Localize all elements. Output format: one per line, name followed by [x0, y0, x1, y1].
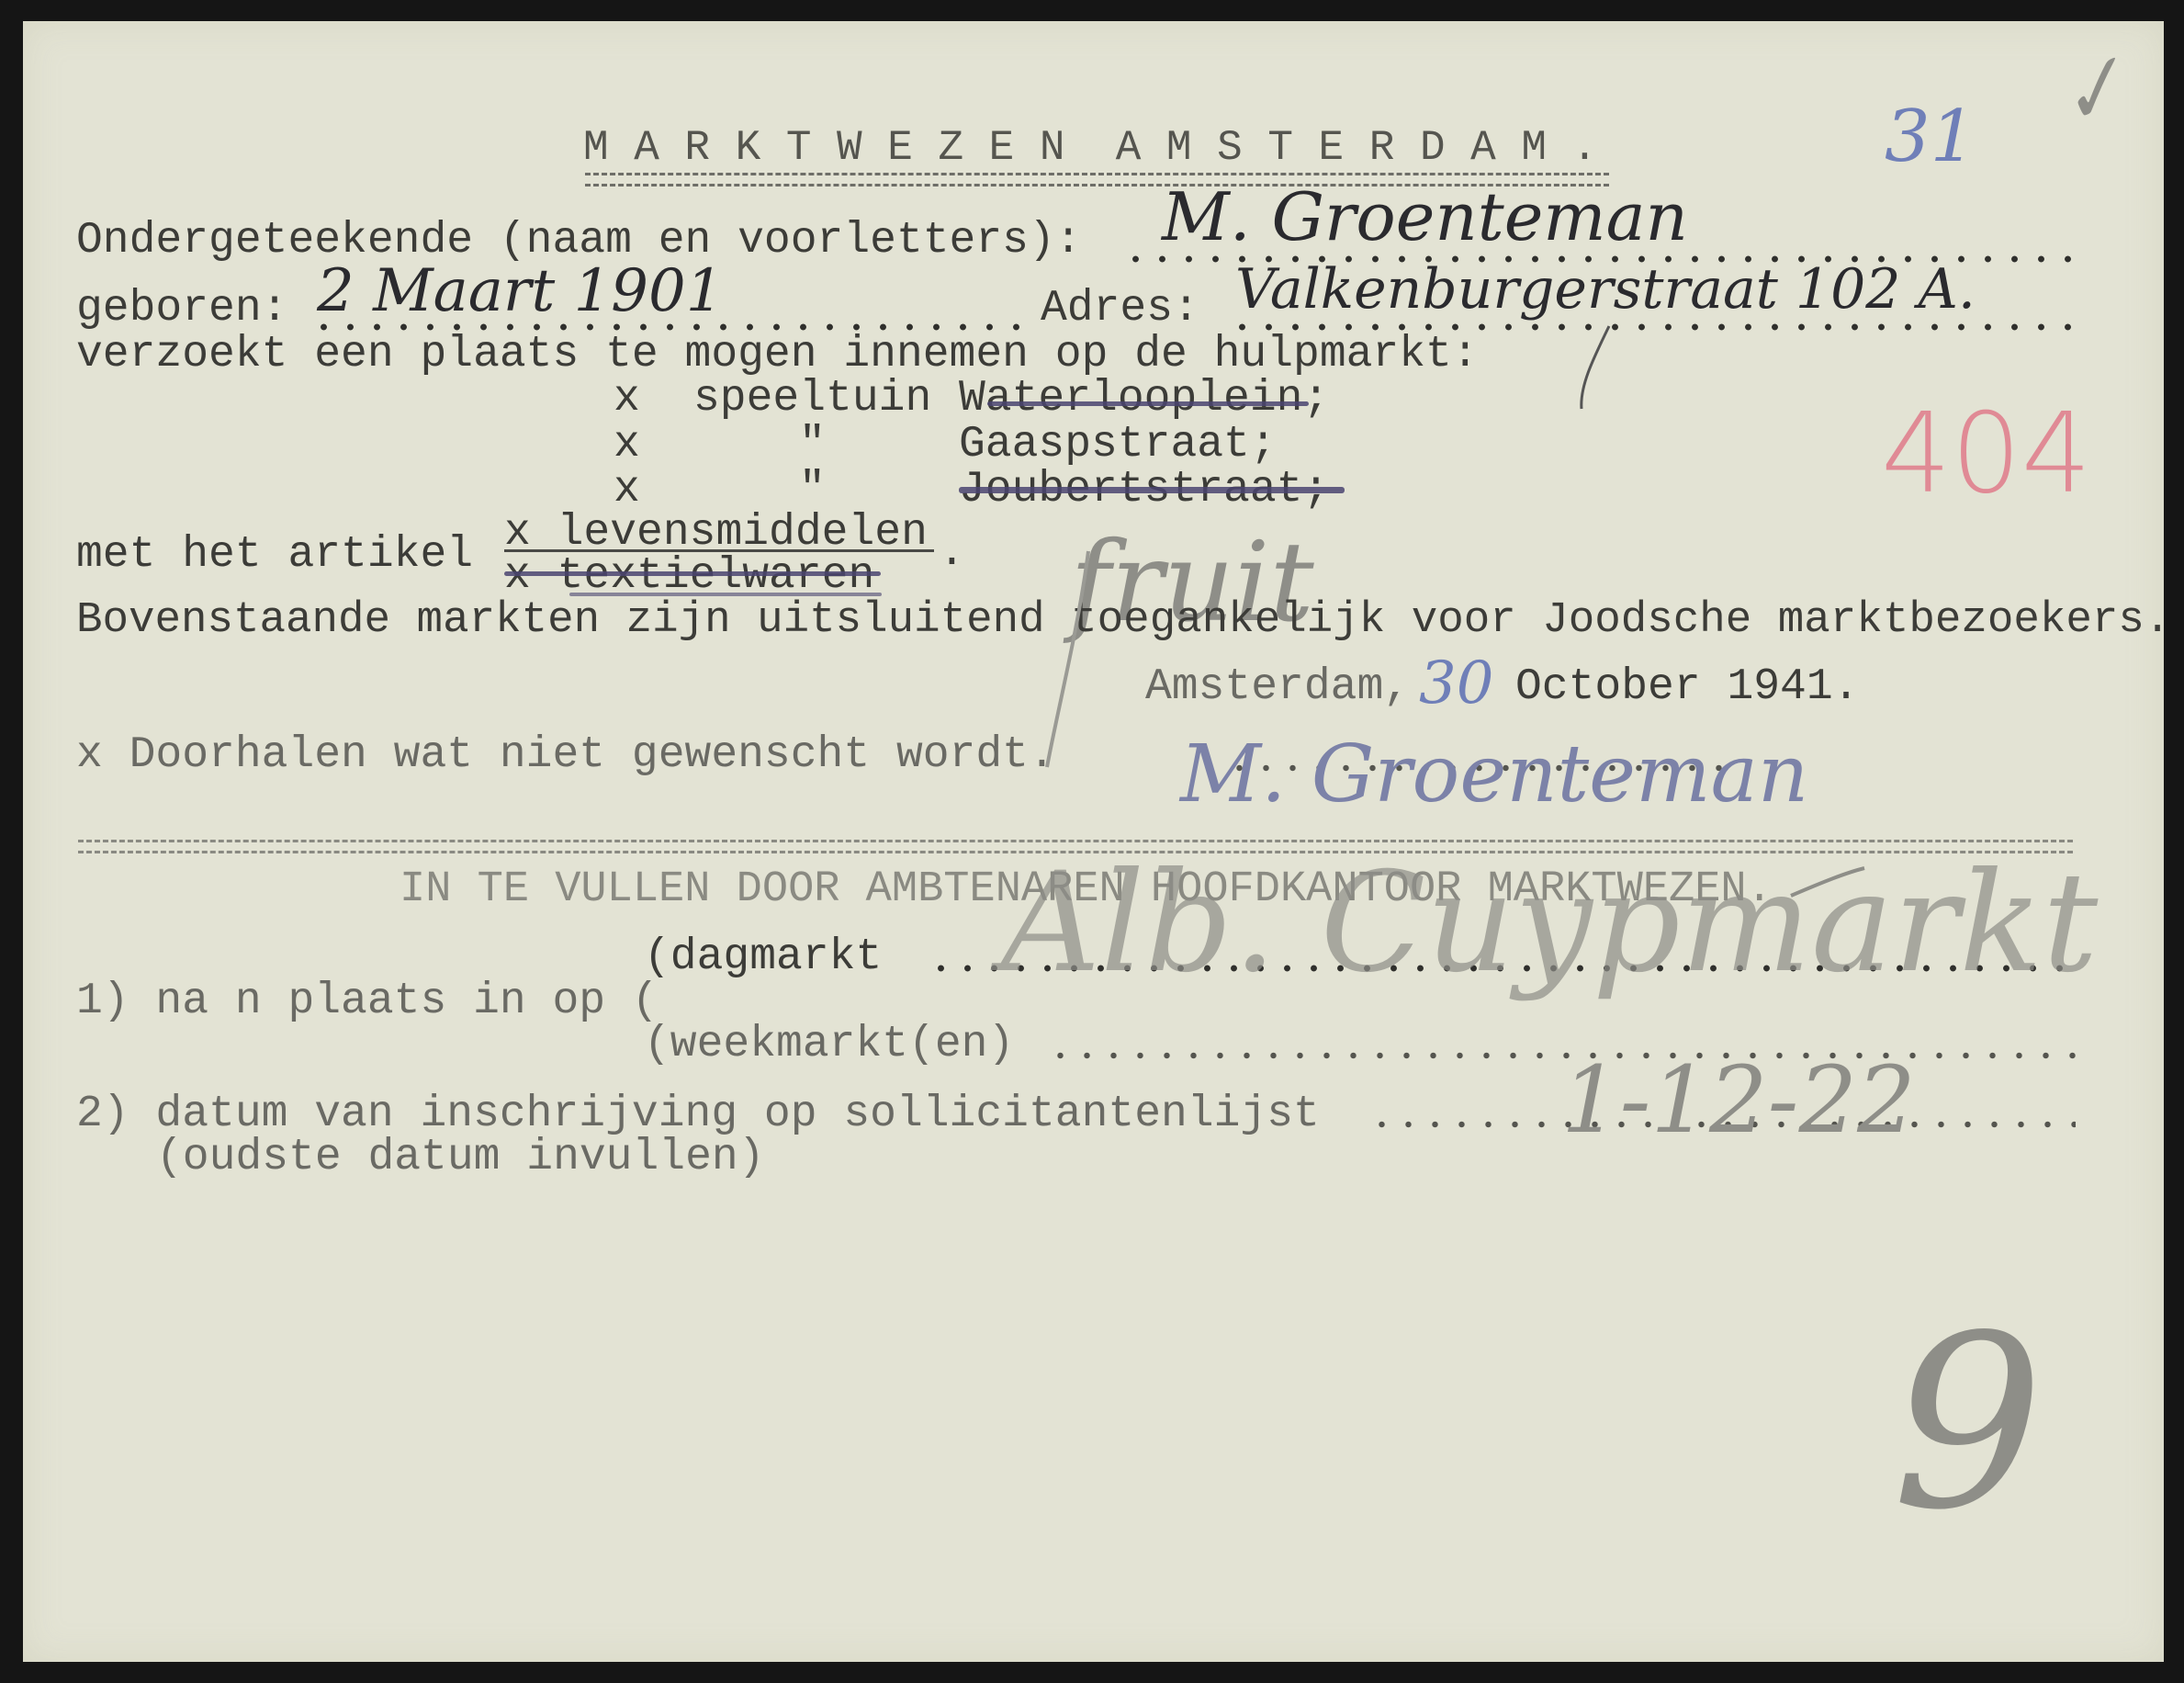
pencil-page-number: 9 — [1892, 1305, 2043, 1543]
market-name-gaaspstraat[interactable]: Gaaspstraat; — [959, 423, 1277, 467]
item1-label: 1) na n plaats in op ( — [76, 979, 659, 1023]
name-value[interactable]: M. Groenteman — [1162, 184, 1688, 250]
strike-joubertstraat — [959, 487, 1345, 493]
strike-textielwaren — [504, 571, 881, 576]
place-date-suffix: October 1941. — [1515, 665, 1859, 709]
article-textielwaren[interactable]: x textielwaren — [504, 554, 874, 598]
market-mark-3: x — [614, 468, 640, 512]
market-prefix-2: " — [799, 423, 826, 467]
market-prefix-3: " — [799, 468, 826, 512]
handwritten-number-31: 31 — [1885, 101, 1976, 173]
item2-value[interactable]: 1-12-22 — [1561, 1055, 1916, 1146]
strike-waterlooplein — [987, 401, 1309, 406]
item1-weekmarkt-label: (weekmarkt(en) — [644, 1022, 1014, 1067]
strike-footnote: x Doorhalen wat niet gewenscht wordt. — [76, 733, 1055, 777]
market-prefix-1: speeltuin — [693, 377, 931, 421]
market-mark-2: x — [614, 423, 640, 467]
place-date-day[interactable]: 30 — [1419, 654, 1493, 713]
article-levensmiddelen[interactable]: x levensmiddelen — [504, 511, 928, 555]
article-end-period: . — [939, 531, 965, 575]
place-date-prefix: Amsterdam, — [1145, 665, 1410, 709]
born-label: geboren: — [76, 287, 287, 331]
market-mark-1: x — [614, 377, 640, 421]
address-label: Adres: — [1041, 287, 1199, 331]
market-name-waterlooplein[interactable]: Waterlooplein; — [959, 377, 1329, 421]
handwritten-market-assignment[interactable]: Alb. Cuypmarkt — [1001, 854, 2098, 992]
item1-dagmarkt-label: (dagmarkt — [644, 935, 882, 979]
document-title: M A R K T W E Z E N A M S T E R D A M . — [583, 127, 1597, 169]
article-label: met het artikel — [76, 533, 473, 577]
item2-sublabel: (oudste datum invullen) — [156, 1135, 765, 1180]
item2-label: 2) datum van inschrijving op sollicitant… — [76, 1092, 1320, 1136]
applicant-signature[interactable]: M. Groenteman — [1180, 735, 1808, 814]
born-value[interactable]: 2 Maart 1901 — [317, 262, 723, 321]
address-value[interactable]: Valkenburgerstraat 102 A. — [1235, 262, 1976, 317]
notice-text: Bovenstaande markten zijn uitsluitend to… — [76, 599, 2170, 643]
name-label: Ondergeteekende (naam en voorletters): — [76, 219, 1082, 263]
request-intro: verzoekt een plaats te mogen innemen op … — [76, 333, 1479, 377]
red-pencil-number: 404 — [1881, 400, 2091, 510]
